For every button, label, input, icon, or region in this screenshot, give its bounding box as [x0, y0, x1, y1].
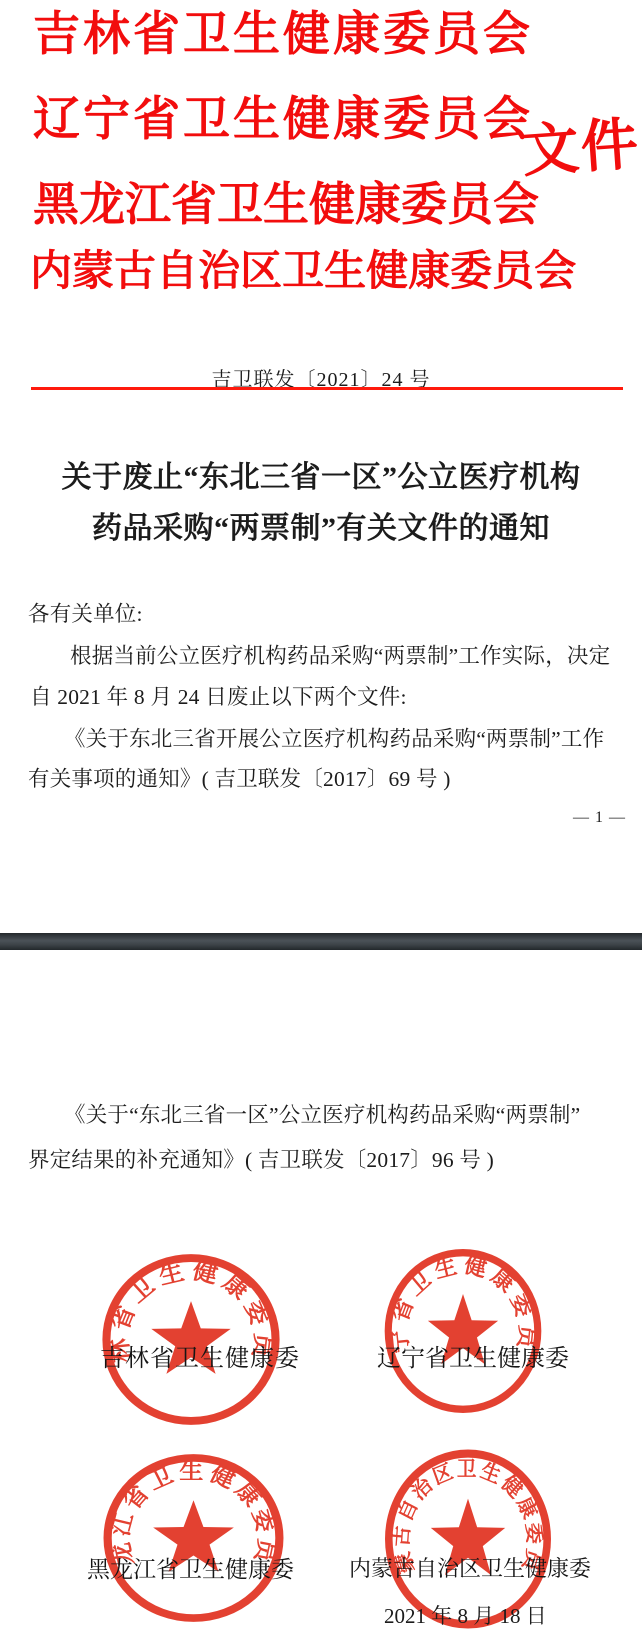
- body-paragraph1-line2: 自 2021 年 8 月 24 日废止以下两个文件:: [30, 685, 407, 711]
- letterhead-agency-jilin: 吉林省卫生健康委员会: [33, 12, 530, 59]
- salutation: 各有关单位:: [28, 602, 143, 628]
- notice-title-line2: 药品采购“两票制”有关文件的通知: [0, 514, 642, 544]
- page2-paragraph-line2: 界定结果的补充通知》( 吉卫联发〔2017〕96 号 ): [28, 1148, 494, 1174]
- issue-date: 2021 年 8 月 18 日: [384, 1600, 547, 1630]
- seal-graphic-liaoning: 辽宁省卫生健康委员会: [379, 1243, 547, 1419]
- letterhead-agency-liaoning: 辽宁省卫生健康委员会: [33, 97, 530, 144]
- official-seal-heilongjiang: 黑龙江省卫生健康委员会: [97, 1448, 290, 1628]
- seal-graphic-jilin: 吉林省卫生健康委员会: [96, 1248, 286, 1431]
- doc-type-label: 文件: [520, 116, 642, 181]
- official-seal-liaoning: 辽宁省卫生健康委员会: [379, 1243, 547, 1419]
- seal-caption-jilin: 吉林省卫生健康委: [100, 1347, 300, 1371]
- red-rule-divider: [31, 387, 623, 390]
- page-number: — 1 —: [573, 809, 626, 827]
- seal-graphic-heilongjiang: 黑龙江省卫生健康委员会: [97, 1448, 290, 1628]
- official-document-page: 吉林省卫生健康委员会 辽宁省卫生健康委员会 黑龙江省卫生健康委员会 内蒙古自治区…: [0, 0, 642, 1637]
- letterhead-agency-heilongjiang: 黑龙江省卫生健康委员会: [33, 182, 533, 228]
- seal-caption-heilongjiang: 黑龙江省卫生健康委: [87, 1558, 294, 1581]
- page-break-bar: [0, 933, 642, 950]
- letterhead-agency-neimenggu: 内蒙古自治区卫生健康委员会: [30, 251, 534, 293]
- official-seal-jilin: 吉林省卫生健康委员会: [96, 1248, 286, 1431]
- seal-caption-liaoning: 辽宁省卫生健康委: [377, 1347, 569, 1371]
- notice-title-line1: 关于废止“东北三省一区”公立医疗机构: [0, 463, 642, 493]
- body-paragraph2-line2: 有关事项的通知》( 吉卫联发〔2017〕69 号 ): [28, 767, 451, 793]
- seal-caption-neimenggu: 内蒙古自治区卫生健康委: [349, 1558, 591, 1580]
- body-paragraph2-line1: 《关于东北三省开展公立医疗机构药品采购“两票制”工作: [64, 727, 604, 753]
- page2-paragraph-line1: 《关于“东北三省一区”公立医疗机构药品采购“两票制”: [64, 1103, 580, 1129]
- body-paragraph1-line1: 根据当前公立医疗机构药品采购“两票制”工作实际，决定: [70, 644, 610, 670]
